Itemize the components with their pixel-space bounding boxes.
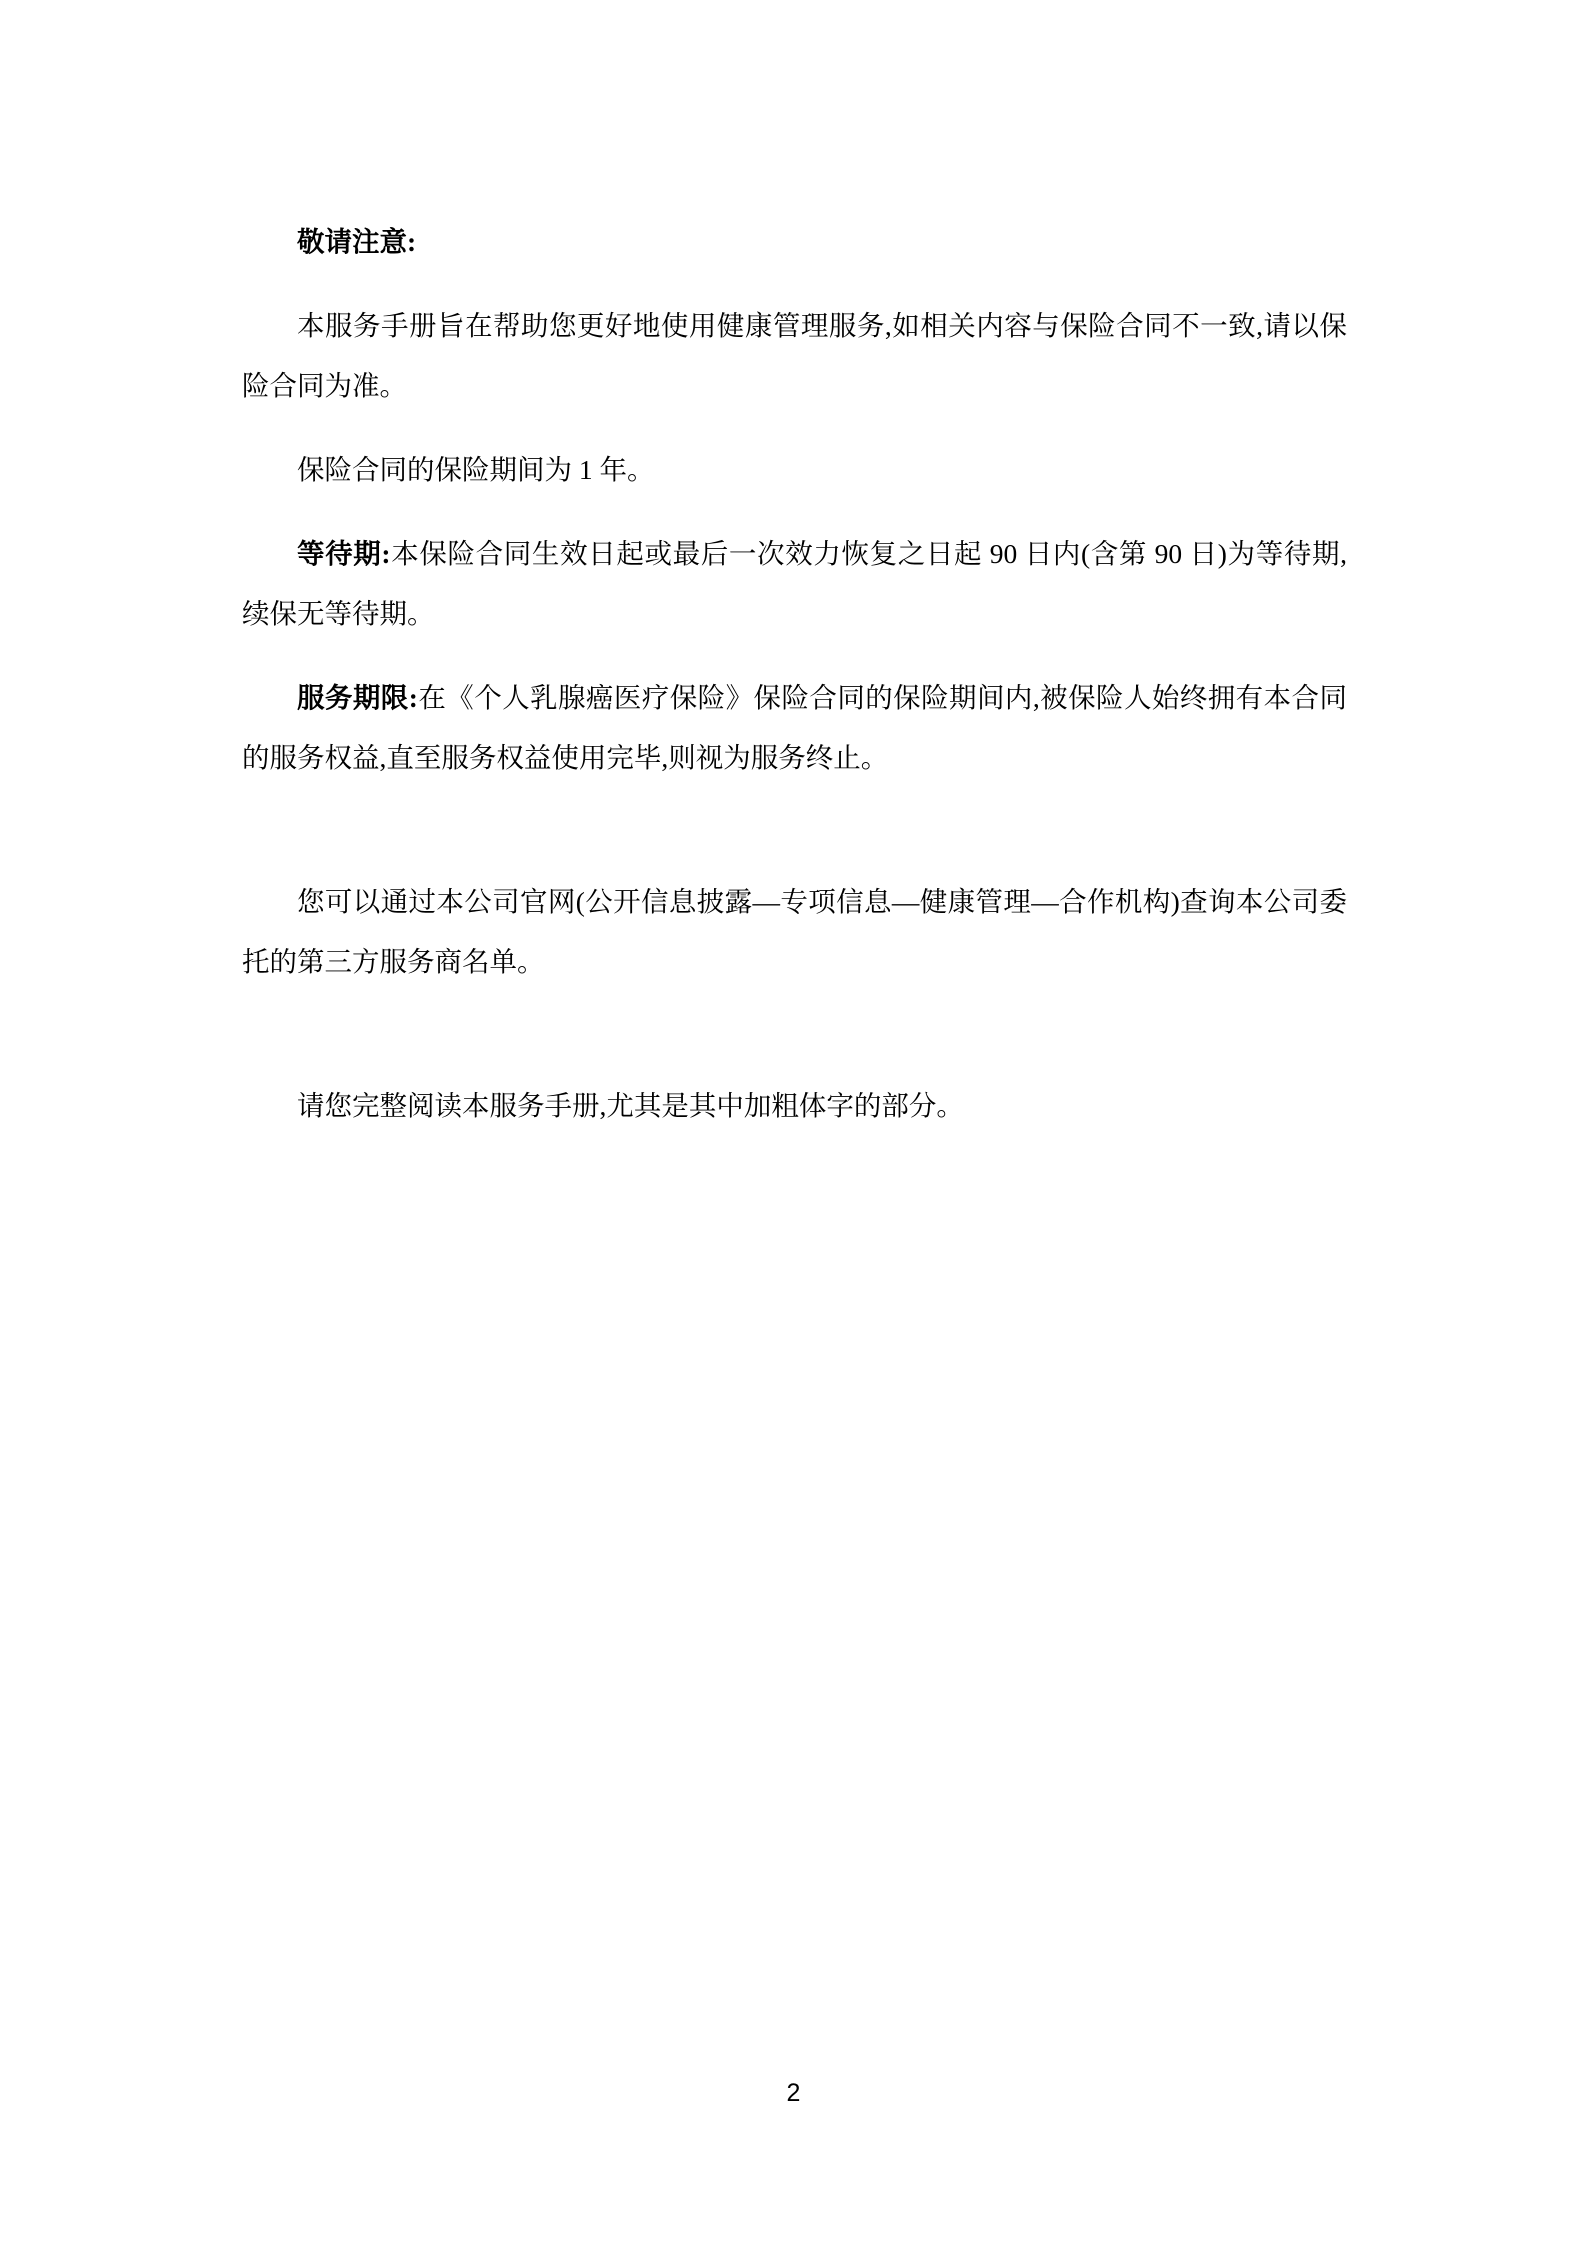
- page-content: 敬请注意: 本服务手册旨在帮助您更好地使用健康管理服务,如相关内容与保险合同不一…: [242, 212, 1347, 1160]
- waiting-period-text: 本保险合同生效日起或最后一次效力恢复之日起 90 日内(含第 90 日)为等待期…: [242, 538, 1347, 629]
- page-footer: 2: [0, 2078, 1587, 2108]
- page-number: 2: [787, 2079, 801, 2107]
- paragraph-insurance-period: 保险合同的保险期间为 1 年。: [242, 440, 1347, 500]
- notice-heading: 敬请注意:: [242, 212, 1347, 272]
- document-page: 敬请注意: 本服务手册旨在帮助您更好地使用健康管理服务,如相关内容与保险合同不一…: [0, 0, 1587, 2245]
- paragraph-service-term: 服务期限:在《个人乳腺癌医疗保险》保险合同的保险期间内,被保险人始终拥有本合同的…: [242, 668, 1347, 788]
- notice-heading-text: 敬请注意:: [297, 226, 416, 257]
- paragraph-waiting-period: 等待期:本保险合同生效日起或最后一次效力恢复之日起 90 日内(含第 90 日)…: [242, 524, 1347, 644]
- service-term-label: 服务期限:: [297, 682, 418, 713]
- paragraph-read-notice: 请您完整阅读本服务手册,尤其是其中加粗体字的部分。: [242, 1076, 1347, 1136]
- paragraph-manual-purpose: 本服务手册旨在帮助您更好地使用健康管理服务,如相关内容与保险合同不一致,请以保险…: [242, 296, 1347, 416]
- waiting-period-label: 等待期:: [297, 538, 391, 569]
- paragraph-official-website: 您可以通过本公司官网(公开信息披露—专项信息—健康管理—合作机构)查询本公司委托…: [242, 872, 1347, 992]
